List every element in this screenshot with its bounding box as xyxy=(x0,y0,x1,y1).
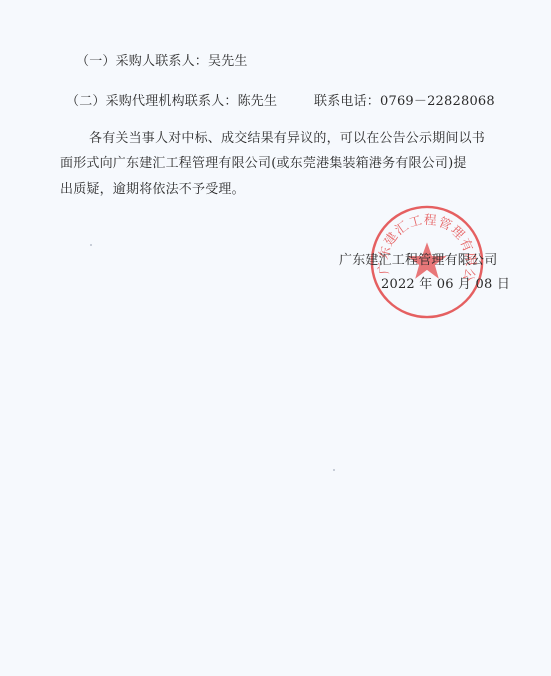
signature-date: 2022 年 06 月 08 日 xyxy=(381,273,510,292)
agent-contact: （二）采购代理机构联系人：陈先生 xyxy=(66,94,277,109)
purchaser-contact: （一）采购人联系人：吴先生 xyxy=(76,50,248,69)
agent-contact-line: （二）采购代理机构联系人：陈先生 联系电话：0769－22828068 xyxy=(66,90,277,109)
contact-phone: 联系电话：0769－22828068 xyxy=(314,90,495,109)
notice-line-1: 各有关当事人对中标、成交结果有异议的，可以在公告公示期间以书 xyxy=(89,127,485,146)
notice-line-3: 出质疑，逾期将依法不予受理。 xyxy=(60,178,245,197)
signature-company: 广东建汇工程管理有限公司 xyxy=(339,249,497,268)
scan-speck xyxy=(333,469,335,471)
notice-line-2: 面形式向广东建汇工程管理有限公司(或东莞港集装箱港务有限公司)提 xyxy=(60,152,467,171)
scan-speck xyxy=(90,244,92,246)
